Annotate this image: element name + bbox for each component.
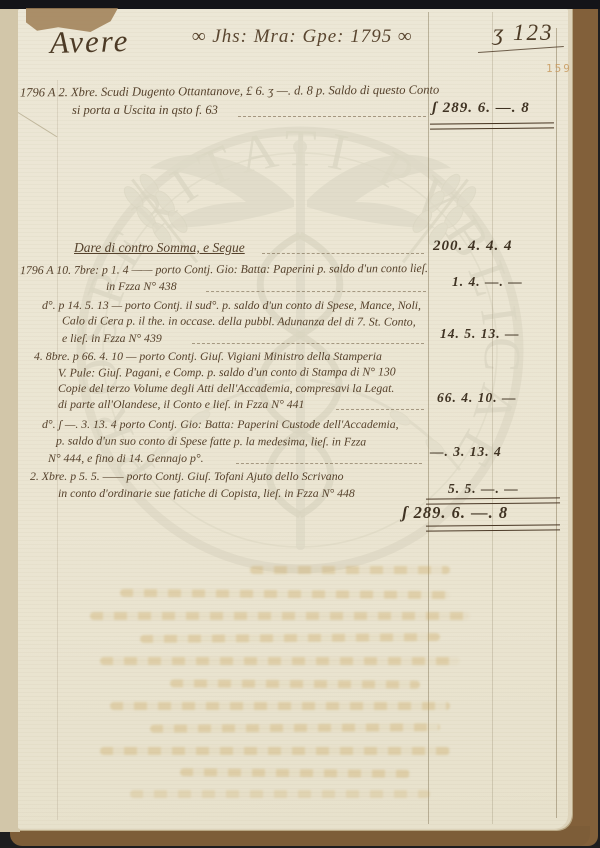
opening-amount: ʃ 289. 6. —. 8 <box>432 100 530 117</box>
entry-amount: 66. 4. 10. — <box>437 390 517 406</box>
archive-stamp-number: 159 <box>546 62 572 75</box>
dot-leader <box>238 116 426 117</box>
ink-bleedthrough <box>110 702 450 710</box>
entry-line: V. Pule: Giuſ. Pagani, e Comp. p. saldo … <box>58 364 396 380</box>
entry-line: in conto d'ordinarie sue fatiche di Copi… <box>58 486 355 501</box>
entry-line: in Fzza N° 438 <box>106 279 177 294</box>
left-page-edge <box>0 6 20 832</box>
entry-line: Copie del terzo Volume degli Atti dell'A… <box>58 381 394 396</box>
carry-forward-amount: 200. 4. 4. 4 <box>433 238 513 255</box>
total-rule-bottom <box>426 524 560 531</box>
entry-amount: 5. 5. —. — <box>448 481 519 497</box>
entry-line: d°. p 14. 5. 13 — porto Contj. il sud°. … <box>42 298 421 313</box>
left-margin-rule <box>57 80 58 820</box>
ink-bleedthrough <box>150 723 440 733</box>
ink-bleedthrough <box>170 679 420 688</box>
entry-amount: 1. 4. —. — <box>452 274 523 290</box>
dot-leader <box>236 463 422 464</box>
ink-bleedthrough <box>90 612 470 620</box>
entry-line: Calo di Cera p. il the. in occase. della… <box>62 313 416 329</box>
entry-line: 2. Xbre. p 5. 5. —— porto Contj. Giuſ. T… <box>30 469 344 484</box>
entry-line: N° 444, e fino di 14. Gennajo p°. <box>48 451 204 466</box>
folio-number: ʒ 123 <box>493 20 553 46</box>
ink-bleedthrough <box>100 747 450 755</box>
ink-bleedthrough <box>100 657 460 665</box>
scan-top-border <box>0 0 600 9</box>
ink-bleedthrough <box>180 768 410 778</box>
total-amount: ʃ 289. 6. —. 8 <box>402 503 508 523</box>
ledger-page-scan: PROSPERITATI PVBLICAE AVGENDAE <box>0 0 600 848</box>
amount-column-rule-mid <box>492 12 493 824</box>
dot-leader <box>336 409 424 410</box>
entry-amount: 14. 5. 13. — <box>440 326 520 342</box>
entry-line: 4. 8bre. p 66. 4. 10 — porto Contj. Giuſ… <box>34 349 382 364</box>
sheet-edge-line <box>556 28 557 818</box>
carry-forward-label: Dare di contro Somma, e Segue <box>74 240 245 256</box>
ink-bleedthrough <box>250 566 450 574</box>
entry-line: e lieſ. in Fzza N° 439 <box>62 331 162 346</box>
opening-line-2: si porta a Uscita in qsto f. 63 <box>72 103 218 118</box>
ink-bleedthrough <box>130 790 430 798</box>
entry-line: 1796 A 10. 7bre: p 1. 4 —— porto Contj. … <box>20 261 428 278</box>
dot-leader <box>206 291 426 292</box>
entry-line: di parte all'Olandese, il Conto e lieſ. … <box>58 397 304 412</box>
heading-avere: Avere <box>50 23 130 61</box>
opening-line-1: 1796 A 2. Xbre. Scudi Dugento Ottantanov… <box>20 83 439 101</box>
dot-leader <box>192 343 424 344</box>
entry-amount: —. 3. 13. 4 <box>430 444 502 460</box>
invocation-heading: ∞ Jhs: Mra: Gpe: 1795 ∞ <box>192 26 413 48</box>
dot-leader <box>262 253 424 254</box>
entry-line: d°. ʃ —. 3. 13. 4 porto Contj. Gio: Batt… <box>42 417 399 432</box>
entry-line: p. saldo d'un suo conto di Spese fatte p… <box>56 433 366 449</box>
